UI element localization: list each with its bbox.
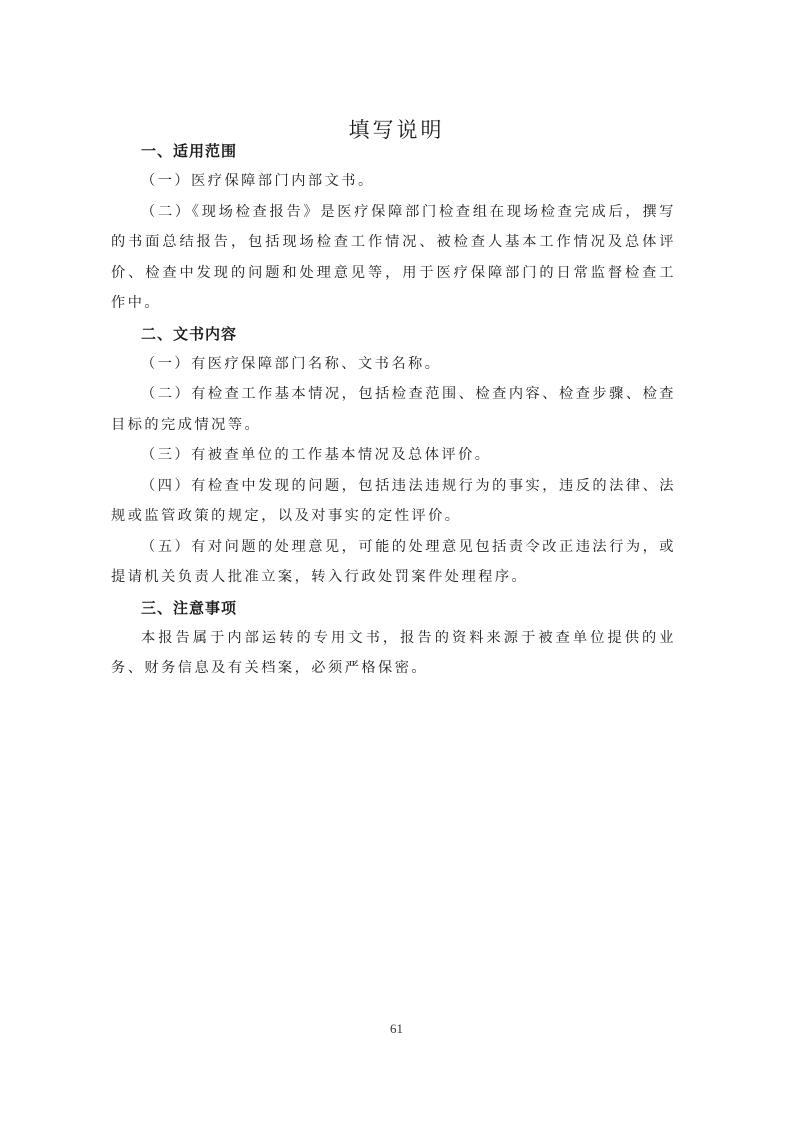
paragraph: （四）有检查中发现的问题，包括违法违规行为的事实，违反的法律、法规或监管政策的规… [111, 471, 676, 532]
paragraph: （三）有被查单位的工作基本情况及总体评价。 [111, 440, 676, 471]
paragraph: （二）《现场检查报告》是医疗保障部门检查组在现场检查完成后，撰写的书面总结报告，… [111, 197, 676, 319]
paragraph: （一）医疗保障部门内部文书。 [111, 166, 676, 197]
section-notes: 三、注意事项 本报告属于内部运转的专用文书，报告的资料来源于被查单位提供的业务、… [111, 593, 676, 684]
paragraph: （一）有医疗保障部门名称、文书名称。 [111, 349, 676, 380]
document-body: 一、适用范围 （一）医疗保障部门内部文书。 （二）《现场检查报告》是医疗保障部门… [111, 136, 676, 684]
page-number: 61 [0, 1021, 793, 1037]
section-heading-content: 二、文书内容 [111, 319, 676, 349]
paragraph: 本报告属于内部运转的专用文书，报告的资料来源于被查单位提供的业务、财务信息及有关… [111, 623, 676, 684]
paragraph: （二）有检查工作基本情况，包括检查范围、检查内容、检查步骤、检查目标的完成情况等… [111, 379, 676, 440]
section-scope: 一、适用范围 （一）医疗保障部门内部文书。 （二）《现场检查报告》是医疗保障部门… [111, 136, 676, 319]
section-heading-notes: 三、注意事项 [111, 593, 676, 623]
section-content: 二、文书内容 （一）有医疗保障部门名称、文书名称。 （二）有检查工作基本情况，包… [111, 319, 676, 593]
paragraph: （五）有对问题的处理意见，可能的处理意见包括责令改正违法行为，或提请机关负责人批… [111, 532, 676, 593]
section-heading-scope: 一、适用范围 [111, 136, 676, 166]
